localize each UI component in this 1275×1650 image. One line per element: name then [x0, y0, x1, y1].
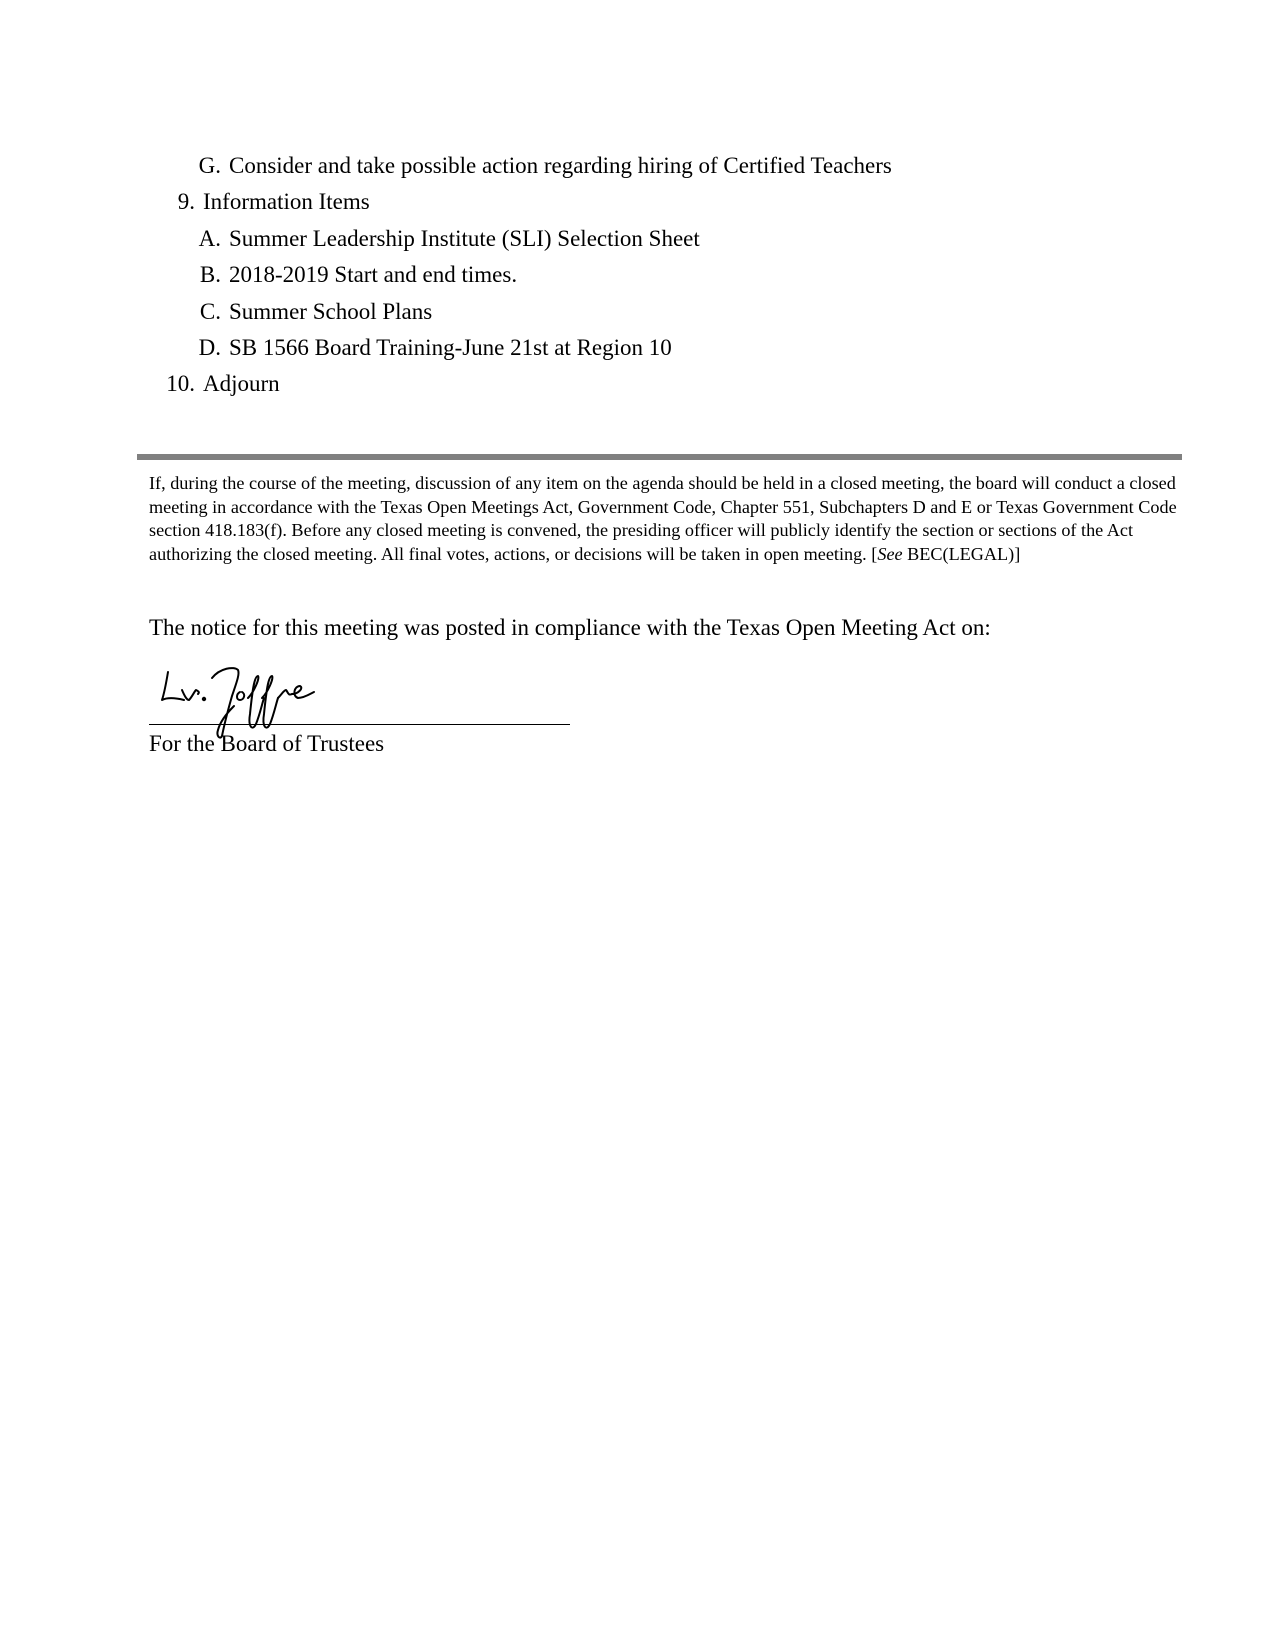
- posting-notice: The notice for this meeting was posted i…: [149, 614, 991, 642]
- disclaimer-reference: BEC(LEGAL)]: [903, 544, 1021, 564]
- agenda-item-g: G.Consider and take possible action rega…: [194, 152, 892, 180]
- agenda-item-text: 2018-2019 Start and end times.: [229, 261, 517, 289]
- disclaimer-see-italic: See: [877, 544, 902, 564]
- signature-line: [149, 724, 570, 725]
- agenda-item-text: Adjourn: [203, 370, 280, 398]
- agenda-item-d: D.SB 1566 Board Training-June 21st at Re…: [194, 334, 672, 362]
- agenda-item-text: Information Items: [203, 188, 370, 216]
- agenda-item-marker: 10.: [163, 370, 195, 398]
- agenda-item-text: Summer Leadership Institute (SLI) Select…: [229, 225, 700, 253]
- signature-image: [158, 664, 338, 740]
- agenda-item-9: 9.Information Items: [163, 188, 370, 216]
- agenda-item-a: A.Summer Leadership Institute (SLI) Sele…: [194, 225, 700, 253]
- agenda-item-text: Consider and take possible action regard…: [229, 152, 892, 180]
- agenda-item-10: 10.Adjourn: [163, 370, 280, 398]
- agenda-item-text: SB 1566 Board Training-June 21st at Regi…: [229, 334, 672, 362]
- agenda-item-marker: A.: [194, 225, 221, 253]
- agenda-item-text: Summer School Plans: [229, 298, 432, 326]
- agenda-item-marker: G.: [194, 152, 221, 180]
- agenda-item-marker: C.: [194, 298, 221, 326]
- agenda-item-c: C.Summer School Plans: [194, 298, 432, 326]
- agenda-item-marker: 9.: [163, 188, 195, 216]
- signature-label: For the Board of Trustees: [149, 730, 384, 758]
- agenda-item-marker: D.: [194, 334, 221, 362]
- disclaimer-text: If, during the course of the meeting, di…: [149, 473, 1177, 564]
- section-divider: [137, 454, 1182, 460]
- closed-meeting-disclaimer: If, during the course of the meeting, di…: [149, 472, 1179, 566]
- agenda-item-marker: B.: [194, 261, 221, 289]
- agenda-item-b: B.2018-2019 Start and end times.: [194, 261, 517, 289]
